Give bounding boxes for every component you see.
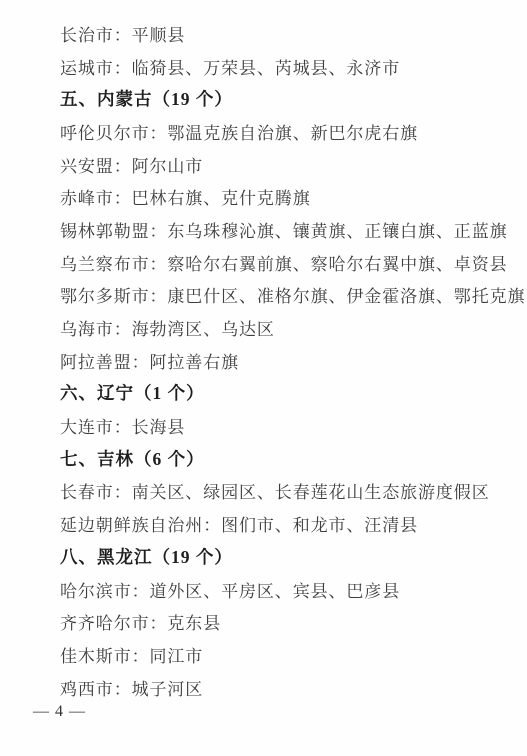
document-line: 哈尔滨市：道外区、平房区、宾县、巴彦县 bbox=[60, 573, 507, 606]
document-line: 乌海市：海勃湾区、乌达区 bbox=[60, 311, 507, 344]
section-heading: 五、内蒙古（19 个） bbox=[60, 82, 507, 115]
document-line: 赤峰市：巴林右旗、克什克腾旗 bbox=[60, 180, 507, 213]
document-line: 鄂尔多斯市：康巴什区、准格尔旗、伊金霍洛旗、鄂托克旗 bbox=[60, 279, 507, 312]
document-line: 兴安盟：阿尔山市 bbox=[60, 148, 507, 181]
document-line: 佳木斯市：同江市 bbox=[60, 638, 507, 671]
section-heading: 八、黑龙江（19 个） bbox=[60, 540, 507, 573]
document-page: 长治市：平顺县 运城市：临猗县、万荣县、芮城县、永济市 五、内蒙古（19 个） … bbox=[0, 0, 527, 756]
document-line: 锡林郭勒盟：东乌珠穆沁旗、镶黄旗、正镶白旗、正蓝旗 bbox=[60, 213, 507, 246]
document-line: 齐齐哈尔市：克东县 bbox=[60, 605, 507, 638]
document-line: 呼伦贝尔市：鄂温克族自治旗、新巴尔虎右旗 bbox=[60, 115, 507, 148]
page-number: — 4 — bbox=[33, 703, 86, 721]
document-line: 鸡西市：城子河区 bbox=[60, 671, 507, 704]
document-line: 阿拉善盟：阿拉善右旗 bbox=[60, 344, 507, 377]
document-line: 运城市：临猗县、万荣县、芮城县、永济市 bbox=[60, 50, 507, 83]
document-line: 大连市：长海县 bbox=[60, 409, 507, 442]
document-line: 延边朝鲜族自治州：图们市、和龙市、汪清县 bbox=[60, 507, 507, 540]
section-heading: 七、吉林（6 个） bbox=[60, 442, 507, 475]
document-line: 长治市：平顺县 bbox=[60, 17, 507, 50]
document-line: 乌兰察布市：察哈尔右翼前旗、察哈尔右翼中旗、卓资县 bbox=[60, 246, 507, 279]
document-line: 长春市：南关区、绿园区、长春莲花山生态旅游度假区 bbox=[60, 475, 507, 508]
document-body: 长治市：平顺县 运城市：临猗县、万荣县、芮城县、永济市 五、内蒙古（19 个） … bbox=[60, 17, 507, 703]
section-heading: 六、辽宁（1 个） bbox=[60, 377, 507, 410]
